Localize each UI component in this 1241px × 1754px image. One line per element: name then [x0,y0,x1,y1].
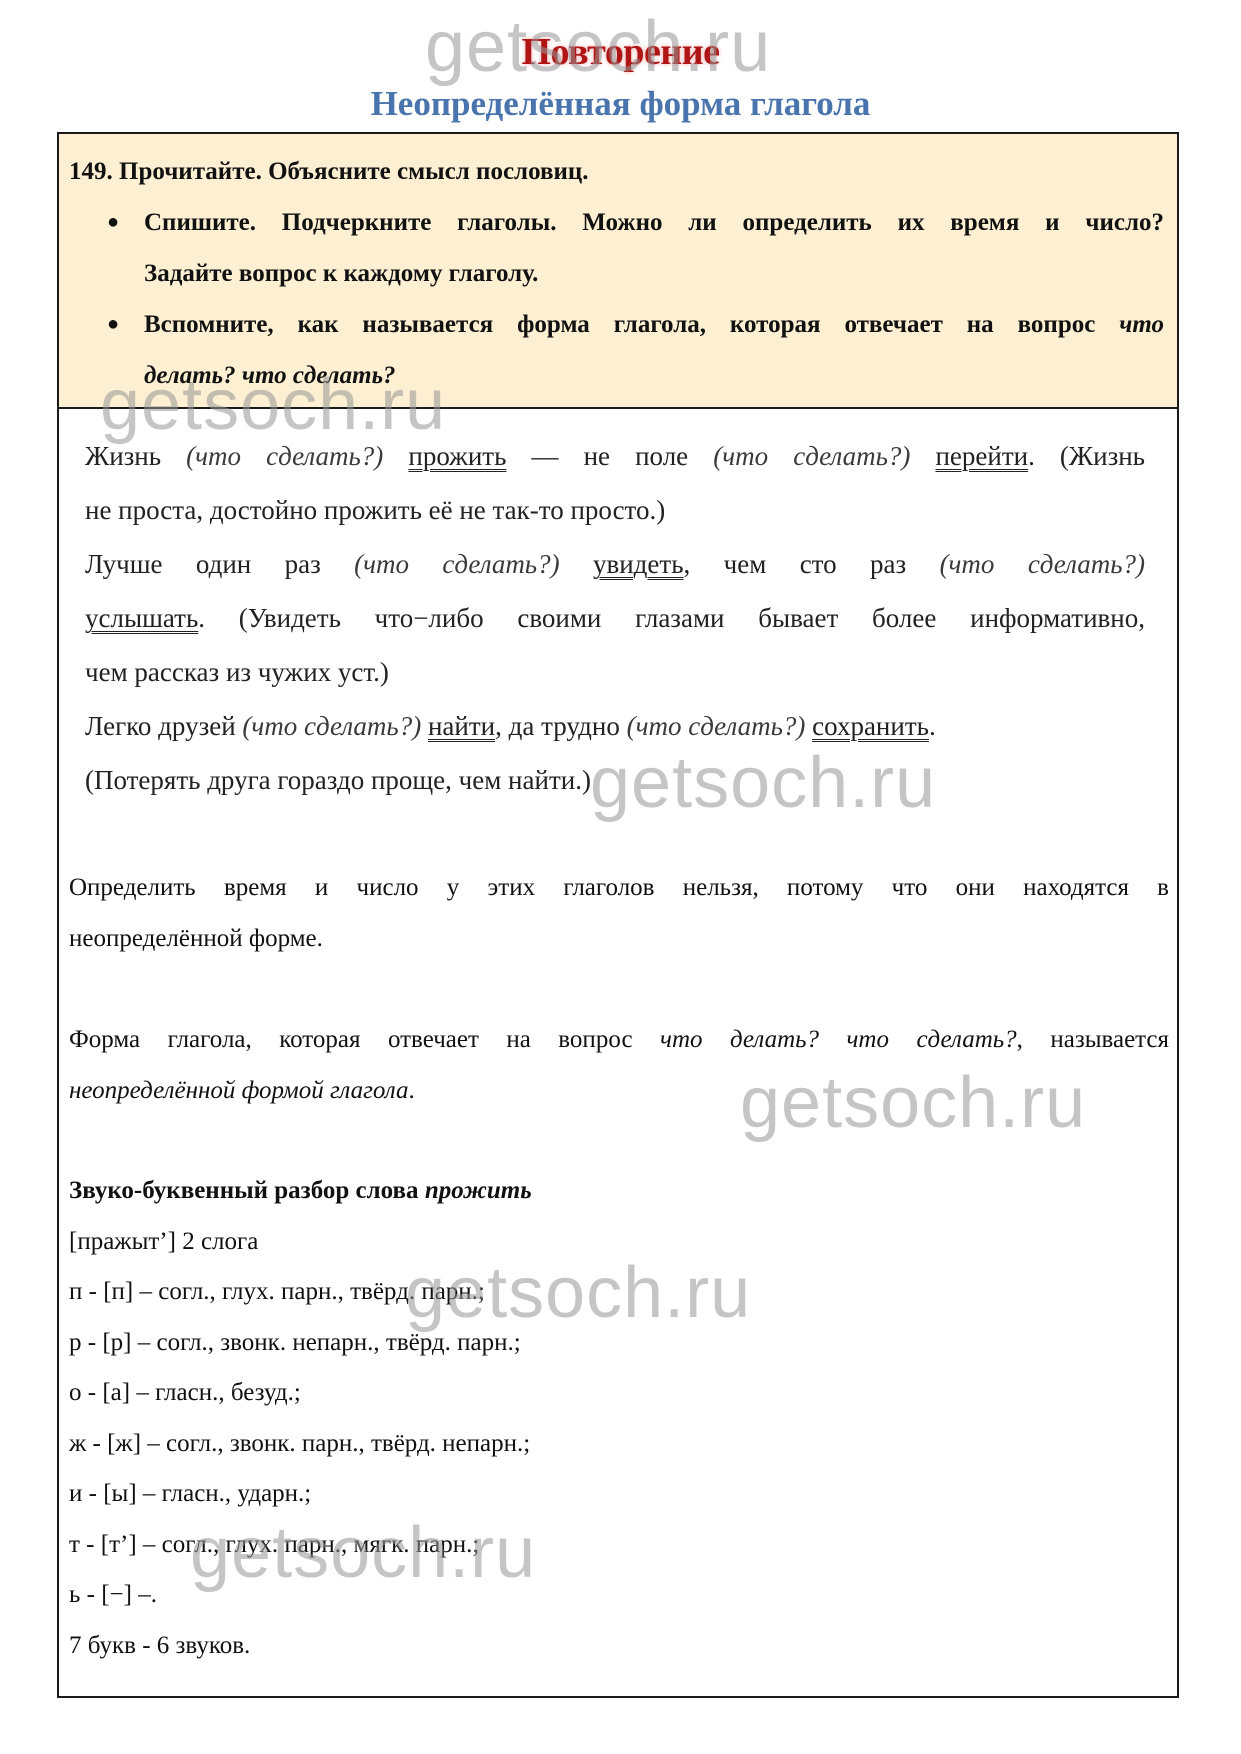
proverb-text: , да трудно [495,711,626,741]
analysis-heading: Звуко-буквенный разбор слова прожить [69,1166,1169,1217]
analysis-heading-text: Звуко-буквенный разбор слова [69,1177,425,1204]
answer-2-line-1: Форма глагола, которая отвечает на вопро… [69,1014,1169,1065]
task-bullet-2-question-end: делать? что сделать? [144,350,1164,401]
answer-text: , называется [1017,1026,1169,1053]
analysis-row: п - [п] – согл., глух. парн., твёрд. пар… [69,1267,1169,1318]
proverb-2-explanation: чем рассказ из чужих уст.) [85,645,1145,699]
answer-question: что делать? что сделать? [660,1026,1017,1053]
analysis-row: и - [ы] – гласн., ударн.; [69,1469,1169,1520]
underlined-verb: перейти [935,441,1028,471]
proverb-text: Жизнь [85,441,186,471]
proverb-text: . [929,711,936,741]
bullet-icon: ● [107,299,119,350]
analysis-transcription: [пражыт’] 2 слога [69,1217,1169,1268]
task-bullet-2-text: Вспомните, как называется форма глагола,… [144,311,1119,338]
verb-question: (что сделать?) [242,711,421,741]
task-bullet-1-line-2: Задайте вопрос к каждому глаголу. [144,248,1164,299]
answer-1-line-2: неопределённой форме. [69,925,323,952]
answer-2-line-2: неопределённой формой глагола. [69,1077,415,1104]
answer-term: неопределённой формой глагола [69,1077,408,1104]
analysis-row: о - [а] – гласн., безуд.; [69,1368,1169,1419]
proverb-text: — не поле [506,441,713,471]
proverb-text: . (Жизнь [1028,441,1145,471]
analysis-summary: 7 букв - 6 звуков. [69,1621,1169,1672]
task-bullet-2: ● Вспомните, как называется форма глагол… [69,299,1164,401]
proverb-text: Легко друзей [85,711,242,741]
proverb-text: Лучше один раз [85,549,354,579]
bullet-icon: ● [107,197,119,248]
verb-question: (что сделать?) [627,711,806,741]
underlined-verb: услышать [85,603,198,633]
answer-infinitive: Форма глагола, которая отвечает на вопро… [69,1014,1169,1116]
task-bullet-1-line-1: Спишите. Подчеркните глаголы. Можно ли о… [144,197,1164,248]
analysis-row: ж - [ж] – согл., звонк. парн., твёрд. не… [69,1419,1169,1470]
analysis-word: прожить [425,1177,532,1204]
proverb-text: . (Увидеть что−либо своими глазами бывае… [198,603,1145,633]
exercise-box: 149. Прочитайте. Объясните смысл послови… [57,132,1179,1698]
answer-text: Форма глагола, которая отвечает на вопро… [69,1026,660,1053]
verb-question: (что сделать?) [713,441,910,471]
analysis-row: р - [р] – согл., звонк. непарн., твёрд. … [69,1318,1169,1369]
proverb-1-explanation: не проста, достойно прожить её не так-то… [85,483,1145,537]
task-bullet-2-question-start: что [1119,311,1164,338]
proverb-text: , чем сто раз [684,549,940,579]
proverb-2-line-1: Лучше один раз (что сделать?) увидеть, ч… [85,537,1145,591]
proverb-2-line-2: услышать. (Увидеть что−либо своими глаза… [85,591,1145,645]
underlined-verb: прожить [408,441,506,471]
answer-1-line-1: Определить время и число у этих глаголов… [69,862,1169,913]
proverb-1-line-1: Жизнь (что сделать?) прожить — не поле (… [85,429,1145,483]
analysis-row: ь - [−] –. [69,1570,1169,1621]
page-subtitle: Неопределённая форма глагола [0,84,1241,124]
phonetic-analysis: Звуко-буквенный разбор слова прожить [пр… [69,1166,1169,1671]
proverb-3-line-1: Легко друзей (что сделать?) найти, да тр… [85,699,1145,753]
task-bullet-2-line-1: Вспомните, как называется форма глагола,… [144,299,1164,350]
underlined-verb: увидеть [593,549,684,579]
verb-question: (что сделать?) [354,549,559,579]
underlined-verb: сохранить [812,711,929,741]
task-heading: 149. Прочитайте. Объясните смысл послови… [69,146,1164,197]
answer-text: . [408,1077,414,1104]
page-title: Повторение [0,30,1241,74]
task-panel: 149. Прочитайте. Объясните смысл послови… [59,134,1177,409]
answer-tense-number: Определить время и число у этих глаголов… [69,862,1169,964]
verb-question: (что сделать?) [940,549,1145,579]
verb-question: (что сделать?) [186,441,383,471]
proverb-3-explanation: (Потерять друга гораздо проще, чем найти… [85,753,1145,807]
analysis-row: т - [т’] – согл., глух. парн., мягк. пар… [69,1520,1169,1571]
underlined-verb: найти [428,711,495,741]
task-bullet-1: ● Спишите. Подчеркните глаголы. Можно ли… [69,197,1164,299]
proverbs-block: Жизнь (что сделать?) прожить — не поле (… [85,429,1145,807]
